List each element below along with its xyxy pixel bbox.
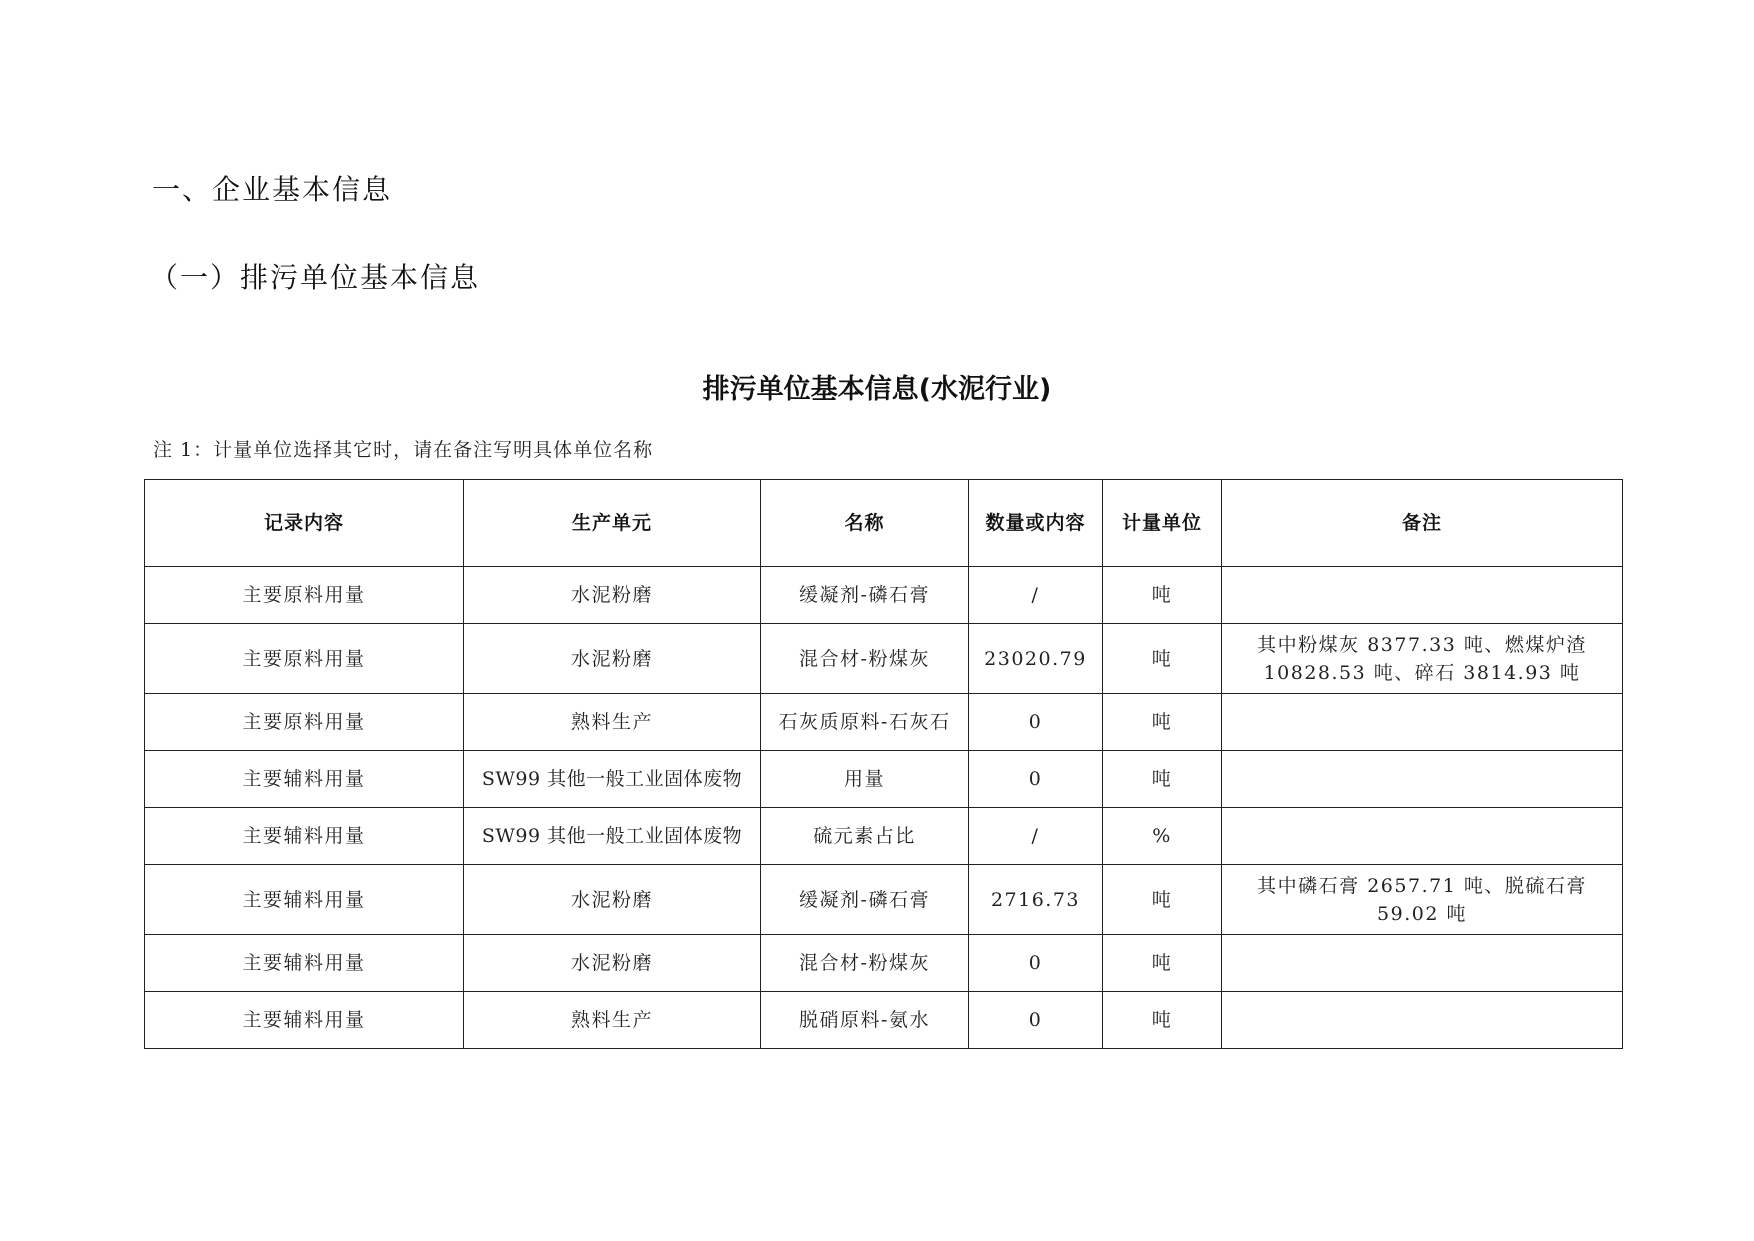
cell-name: 用量	[761, 751, 969, 808]
cell-remark: 其中磷石膏 2657.71 吨、脱硫石膏 59.02 吨	[1222, 865, 1623, 935]
cell-measure-unit: 吨	[1103, 751, 1222, 808]
cell-quantity: /	[969, 808, 1103, 865]
table-row: 主要辅料用量 水泥粉磨 缓凝剂-磷石膏 2716.73 吨 其中磷石膏 2657…	[145, 865, 1623, 935]
cell-production-unit: 水泥粉磨	[464, 567, 761, 624]
cell-record: 主要辅料用量	[145, 935, 464, 992]
cell-quantity: 0	[969, 751, 1103, 808]
table-row: 主要原料用量 水泥粉磨 混合材-粉煤灰 23020.79 吨 其中粉煤灰 837…	[145, 624, 1623, 694]
cell-production-unit: 熟料生产	[464, 694, 761, 751]
cell-name: 石灰质原料-石灰石	[761, 694, 969, 751]
table-row: 主要原料用量 水泥粉磨 缓凝剂-磷石膏 / 吨	[145, 567, 1623, 624]
cell-name: 混合材-粉煤灰	[761, 624, 969, 694]
header-record-content: 记录内容	[145, 480, 464, 567]
cell-quantity: /	[969, 567, 1103, 624]
cell-remark	[1222, 935, 1623, 992]
header-measure-unit: 计量单位	[1103, 480, 1222, 567]
cell-name: 硫元素占比	[761, 808, 969, 865]
cell-measure-unit: 吨	[1103, 935, 1222, 992]
table-header-row: 记录内容 生产单元 名称 数量或内容 计量单位 备注	[145, 480, 1623, 567]
cell-record: 主要原料用量	[145, 624, 464, 694]
cell-production-unit: 熟料生产	[464, 992, 761, 1049]
cell-name: 混合材-粉煤灰	[761, 935, 969, 992]
cell-production-unit: 水泥粉磨	[464, 865, 761, 935]
cell-production-unit: SW99 其他一般工业固体废物	[464, 751, 761, 808]
cell-record: 主要原料用量	[145, 567, 464, 624]
cell-record: 主要辅料用量	[145, 808, 464, 865]
cell-measure-unit: 吨	[1103, 865, 1222, 935]
cell-quantity: 0	[969, 992, 1103, 1049]
cell-production-unit: 水泥粉磨	[464, 624, 761, 694]
table-row: 主要原料用量 熟料生产 石灰质原料-石灰石 0 吨	[145, 694, 1623, 751]
cell-name: 缓凝剂-磷石膏	[761, 865, 969, 935]
cell-name: 缓凝剂-磷石膏	[761, 567, 969, 624]
cell-measure-unit: 吨	[1103, 992, 1222, 1049]
table-row: 主要辅料用量 SW99 其他一般工业固体废物 硫元素占比 / %	[145, 808, 1623, 865]
cell-remark: 其中粉煤灰 8377.33 吨、燃煤炉渣 10828.53 吨、碎石 3814.…	[1222, 624, 1623, 694]
table-title: 排污单位基本信息(水泥行业)	[0, 370, 1754, 410]
cell-quantity: 2716.73	[969, 865, 1103, 935]
cell-measure-unit: 吨	[1103, 694, 1222, 751]
table-row: 主要辅料用量 熟料生产 脱硝原料-氨水 0 吨	[145, 992, 1623, 1049]
cell-record: 主要原料用量	[145, 694, 464, 751]
pollutant-unit-info-table: 记录内容 生产单元 名称 数量或内容 计量单位 备注 主要原料用量 水泥粉磨 缓…	[144, 479, 1623, 1049]
cell-remark	[1222, 567, 1623, 624]
table-row: 主要辅料用量 水泥粉磨 混合材-粉煤灰 0 吨	[145, 935, 1623, 992]
cell-production-unit: 水泥粉磨	[464, 935, 761, 992]
cell-record: 主要辅料用量	[145, 751, 464, 808]
header-production-unit: 生产单元	[464, 480, 761, 567]
header-quantity: 数量或内容	[969, 480, 1103, 567]
cell-remark	[1222, 694, 1623, 751]
cell-remark	[1222, 751, 1623, 808]
cell-quantity: 0	[969, 935, 1103, 992]
cell-remark	[1222, 808, 1623, 865]
section-heading: 一、企业基本信息	[152, 170, 392, 210]
cell-measure-unit: 吨	[1103, 567, 1222, 624]
cell-remark	[1222, 992, 1623, 1049]
header-remark: 备注	[1222, 480, 1623, 567]
cell-record: 主要辅料用量	[145, 992, 464, 1049]
cell-name: 脱硝原料-氨水	[761, 992, 969, 1049]
cell-quantity: 23020.79	[969, 624, 1103, 694]
table-row: 主要辅料用量 SW99 其他一般工业固体废物 用量 0 吨	[145, 751, 1623, 808]
cell-measure-unit: %	[1103, 808, 1222, 865]
cell-production-unit: SW99 其他一般工业固体废物	[464, 808, 761, 865]
cell-measure-unit: 吨	[1103, 624, 1222, 694]
subsection-heading: （一）排污单位基本信息	[150, 258, 480, 298]
cell-record: 主要辅料用量	[145, 865, 464, 935]
header-name: 名称	[761, 480, 969, 567]
cell-quantity: 0	[969, 694, 1103, 751]
table-note: 注 1：计量单位选择其它时，请在备注写明具体单位名称	[153, 436, 653, 464]
